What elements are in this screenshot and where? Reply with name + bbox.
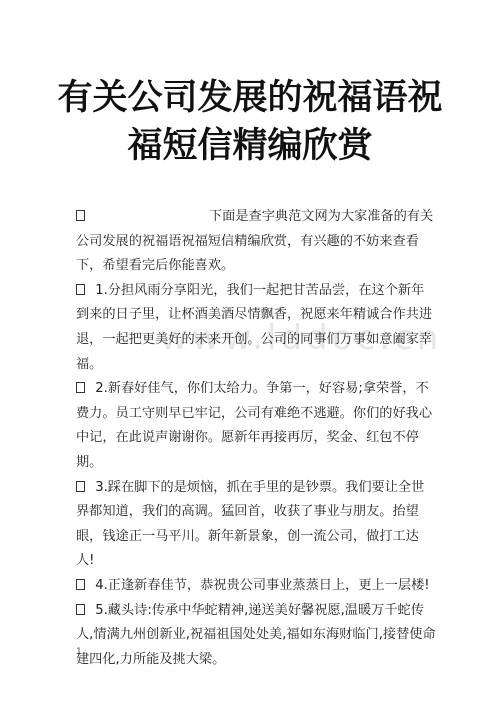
- document-body: 下面是查字典范文网为大家准备的有关公司发展的祝福语祝福短信精编欣赏，有兴趣的不妨…: [76, 205, 436, 672]
- document-title-line-1: 有关公司发展的祝福语祝: [0, 70, 500, 120]
- paragraph-5: 5.藏头诗:传承中华蛇精神,递送美好馨祝愿,温暖万千蛇传人,情满九州创新业,祝福…: [76, 599, 436, 673]
- paragraph-text: 4.正逢新春佳节，恭祝贵公司事业蒸蒸日上，更上一层楼!: [95, 578, 429, 593]
- paragraph-text: 2.新春好佳气，你们太给力。争第一，好容易;拿荣誉，不费力。员工守则早已牢记，公…: [76, 381, 432, 470]
- paragraph-text: 1.分担风雨分享阳光，我们一起把甘苦品尝，在这个新年到来的日子里，让杯酒美酒尽情…: [76, 283, 432, 372]
- bullet-icon: [76, 604, 85, 615]
- paragraph-3: 3.踩在脚下的是烦恼，抓在手里的是钞票。我们要让全世界都知道，我们的高调。猛回首…: [76, 476, 436, 574]
- paragraph-4: 4.正逢新春佳节，恭祝贵公司事业蒸蒸日上，更上一层楼!: [76, 574, 436, 599]
- intro-paragraph: 下面是查字典范文网为大家准备的有关公司发展的祝福语祝福短信精编欣赏，有兴趣的不妨…: [76, 205, 436, 279]
- document-title-line-2: 福短信精编欣赏: [0, 118, 500, 168]
- bullet-icon: [76, 284, 85, 295]
- paragraph-text: 3.踩在脚下的是烦恼，抓在手里的是钞票。我们要让全世界都知道，我们的高调。猛回首…: [76, 480, 424, 569]
- paragraph-text: 5.藏头诗:传承中华蛇精神,递送美好馨祝愿,温暖万千蛇传人,情满九州创新业,祝福…: [76, 603, 436, 667]
- intro-text: 下面是查字典范文网为大家准备的有关公司发展的祝福语祝福短信精编欣赏，有兴趣的不妨…: [76, 209, 433, 273]
- paragraph-2: 2.新春好佳气，你们太给力。争第一，好容易;拿荣誉，不费力。员工守则早已牢记，公…: [76, 377, 436, 475]
- bullet-icon: [76, 382, 85, 393]
- bullet-icon: [76, 579, 85, 590]
- bullet-icon: [76, 210, 85, 221]
- paragraph-1: 1.分担风雨分享阳光，我们一起把甘苦品尝，在这个新年到来的日子里，让杯酒美酒尽情…: [76, 279, 436, 377]
- bullet-icon: [76, 481, 85, 492]
